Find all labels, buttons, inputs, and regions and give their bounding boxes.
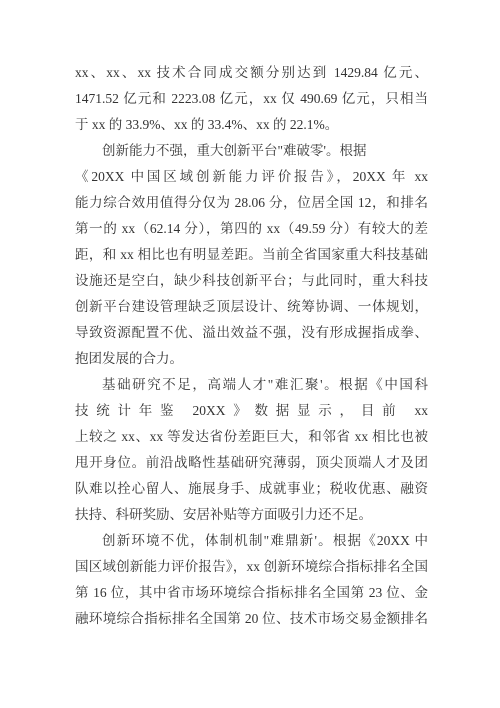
text-line: 创新能力不强，重大创新平台"难破零'。根据 bbox=[75, 138, 428, 164]
text-line: 1471.52 亿元和 2223.08 亿元，xx 仅 490.69 亿元，只相… bbox=[75, 86, 428, 112]
text-line: 抱团发展的合力。 bbox=[75, 346, 428, 372]
text-line: 上较之 xx、xx 等发达省份差距巨大，和邻省 xx 相比也被 bbox=[75, 424, 428, 450]
text-line: 第一的 xx（62.14 分），第四的 xx（49.59 分）有较大的差 bbox=[75, 216, 428, 242]
paragraph: 创新能力不强，重大创新平台"难破零'。根据 《20XX 中国区域创新能力评价报告… bbox=[75, 138, 428, 372]
paragraph: 创新环境不优，体制机制"难鼎新'。根据《20XX 中 国区域创新能力评价报告》，… bbox=[75, 528, 428, 632]
text-line: 国区域创新能力评价报告》，xx 创新环境综合指标排名全国 bbox=[75, 554, 428, 580]
text-line: 基础研究不足，高端人才"难汇聚'。根据《中国科 bbox=[75, 372, 428, 398]
text-line: xx、xx、xx 技术合同成交额分别达到 1429.84 亿元、 bbox=[75, 60, 428, 86]
text-line: 导致资源配置不优、溢出效益不强，没有形成握指成拳、 bbox=[75, 320, 428, 346]
text-line: 扶持、科研奖励、安居补贴等方面吸引力还不足。 bbox=[75, 502, 428, 528]
text-line: 创新平台建设管理缺乏顶层设计、统筹协调、一体规划， bbox=[75, 294, 428, 320]
text-line: 距，和 xx 相比也有明显差距。当前全省国家重大科技基础 bbox=[75, 242, 428, 268]
text-line: 第 16 位，其中省市场环境综合指标排名全国第 23 位、金 bbox=[75, 580, 428, 606]
paragraph: 基础研究不足，高端人才"难汇聚'。根据《中国科 技统计年鉴 20XX》数据显示，… bbox=[75, 372, 428, 528]
paragraph: xx、xx、xx 技术合同成交额分别达到 1429.84 亿元、 1471.52… bbox=[75, 60, 428, 138]
document-body: xx、xx、xx 技术合同成交额分别达到 1429.84 亿元、 1471.52… bbox=[75, 60, 428, 632]
text-line: 设施还是空白，缺少科技创新平台；与此同时，重大科技 bbox=[75, 268, 428, 294]
text-line: 能力综合效用值得分仅为 28.06 分，位居全国 12，和排名 bbox=[75, 190, 428, 216]
text-line: 技统计年鉴 20XX》数据显示，目前 xx 科技研发和开发人数 bbox=[75, 398, 428, 424]
text-line: 融环境综合指标排名全国第 20 位、技术市场交易金额排名 bbox=[75, 606, 428, 632]
document-page: xx、xx、xx 技术合同成交额分别达到 1429.84 亿元、 1471.52… bbox=[0, 0, 500, 708]
text-line: 《20XX 中国区域创新能力评价报告》，20XX 年 xx 区域创新 bbox=[75, 164, 428, 190]
text-line: 甩开身位。前沿战略性基础研究薄弱，顶尖顶端人才及团 bbox=[75, 450, 428, 476]
text-line: 于 xx 的 33.9%、xx 的 33.4%、xx 的 22.1%。 bbox=[75, 112, 428, 138]
text-line: 队难以拴心留人、施展身手、成就事业；税收优惠、融资 bbox=[75, 476, 428, 502]
text-line: 创新环境不优，体制机制"难鼎新'。根据《20XX 中 bbox=[75, 528, 428, 554]
